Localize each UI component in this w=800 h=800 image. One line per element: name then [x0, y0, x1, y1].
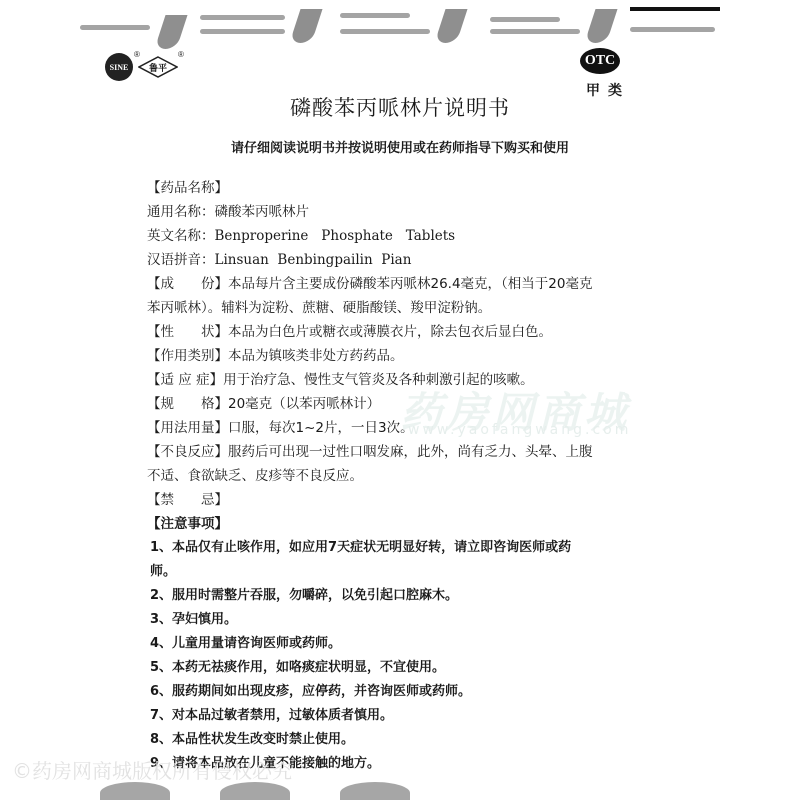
pinyin-value: Linsuan Benbingpailin Pian [215, 252, 412, 268]
english-name-label: 英文名称： [147, 228, 215, 244]
section-drug-name-header: 【药品名称】 [147, 176, 627, 200]
notes-list: 1、本品仅有止咳作用，如应用7天症状无明显好转，请立即咨询医师或药 师。 2、服… [147, 536, 627, 776]
specification-row: 【规 格】20毫克（以苯丙哌林计） [147, 392, 627, 416]
composition-row: 【成 份】本品每片含主要成份磷酸苯丙哌林26.4毫克，（相当于20毫克 [147, 272, 627, 296]
generic-name-value: 磷酸苯丙哌林片 [215, 204, 310, 220]
note-item: 3、孕妇慎用。 [147, 608, 627, 632]
notes-header: 【注意事项】 [147, 512, 627, 536]
pinyin-label: 汉语拼音： [147, 252, 215, 268]
registered-mark-icon: ® [178, 50, 184, 59]
pinyin-row: 汉语拼音：Linsuan Benbingpailin Pian [147, 248, 627, 272]
brand-logo2-text: 鲁平 [149, 61, 167, 74]
document-title: 磷酸苯丙哌林片说明书 [0, 92, 800, 122]
english-name-row: 英文名称：Benproperine Phosphate Tablets [147, 224, 627, 248]
brand-logo-sine: SINE [105, 53, 133, 81]
advisory-text: 请仔细阅读说明书并按说明使用或在药师指导下购买和使用 [0, 137, 800, 156]
adverse-row: 【不良反应】服药后可出现一过性口咽发麻，此外，尚有乏力、头晕、上腹 [147, 440, 627, 464]
indications-value: 用于治疗急、慢性支气管炎及各种刺激引起的咳嗽。 [223, 372, 534, 388]
english-name-value: Benproperine Phosphate Tablets [215, 228, 456, 244]
note-item: 4、儿童用量请咨询医师或药师。 [147, 632, 627, 656]
dosage-value: 口服，每次1~2片，一日3次。 [228, 420, 414, 436]
brand-logo-diamond: 鲁平 [138, 56, 178, 78]
note-item: 7、对本品过敏者禁用，过敏体质者慎用。 [147, 704, 627, 728]
generic-name-label: 通用名称： [147, 204, 215, 220]
category-label: 【作用类别】 [147, 348, 228, 364]
note-item: 1、本品仅有止咳作用，如应用7天症状无明显好转，请立即咨询医师或药 [147, 536, 627, 560]
appearance-label: 【性 状】 [147, 324, 228, 340]
otc-badge: OTC [580, 48, 620, 74]
indications-label: 【适 应 症】 [147, 372, 223, 388]
adverse-continued: 不适、食欲缺乏、皮疹等不良反应。 [147, 464, 627, 488]
leaflet-content: 【药品名称】 通用名称：磷酸苯丙哌林片 英文名称：Benproperine Ph… [147, 176, 627, 776]
note-item: 8、本品性状发生改变时禁止使用。 [147, 728, 627, 752]
category-value: 本品为镇咳类非处方药药品。 [228, 348, 404, 364]
note-item: 6、服药期间如出现皮疹，应停药，并咨询医师或药师。 [147, 680, 627, 704]
generic-name-row: 通用名称：磷酸苯丙哌林片 [147, 200, 627, 224]
specification-label: 【规 格】 [147, 396, 228, 412]
note-item: 5、本药无祛痰作用，如咯痰症状明显，不宜使用。 [147, 656, 627, 680]
specification-value: 20毫克（以苯丙哌林计） [228, 396, 380, 412]
bottom-decorative-band [70, 780, 460, 800]
adverse-label: 【不良反应】 [147, 444, 228, 460]
dosage-label: 【用法用量】 [147, 420, 228, 436]
brand-logo-text: SINE [110, 63, 129, 72]
indications-row: 【适 应 症】用于治疗急、慢性支气管炎及各种刺激引起的咳嗽。 [147, 368, 627, 392]
contraindications-row: 【禁 忌】 [147, 488, 627, 512]
appearance-row: 【性 状】本品为白色片或糖衣或薄膜衣片，除去包衣后显白色。 [147, 320, 627, 344]
otc-badge-text: OTC [585, 53, 615, 69]
top-decorative-band [70, 5, 720, 47]
appearance-value: 本品为白色片或糖衣或薄膜衣片，除去包衣后显白色。 [228, 324, 552, 340]
note-item-continued: 师。 [147, 560, 627, 584]
adverse-value: 服药后可出现一过性口咽发麻，此外，尚有乏力、头晕、上腹 [228, 444, 593, 460]
composition-continued: 苯丙哌林）。辅料为淀粉、蔗糖、硬脂酸镁、羧甲淀粉钠。 [147, 296, 627, 320]
note-item: 2、服用时需整片吞服，勿嚼碎，以免引起口腔麻木。 [147, 584, 627, 608]
category-row: 【作用类别】本品为镇咳类非处方药药品。 [147, 344, 627, 368]
dosage-row: 【用法用量】口服，每次1~2片，一日3次。 [147, 416, 627, 440]
composition-label: 【成 份】 [147, 276, 228, 292]
composition-value: 本品每片含主要成份磷酸苯丙哌林26.4毫克，（相当于20毫克 [228, 276, 593, 292]
